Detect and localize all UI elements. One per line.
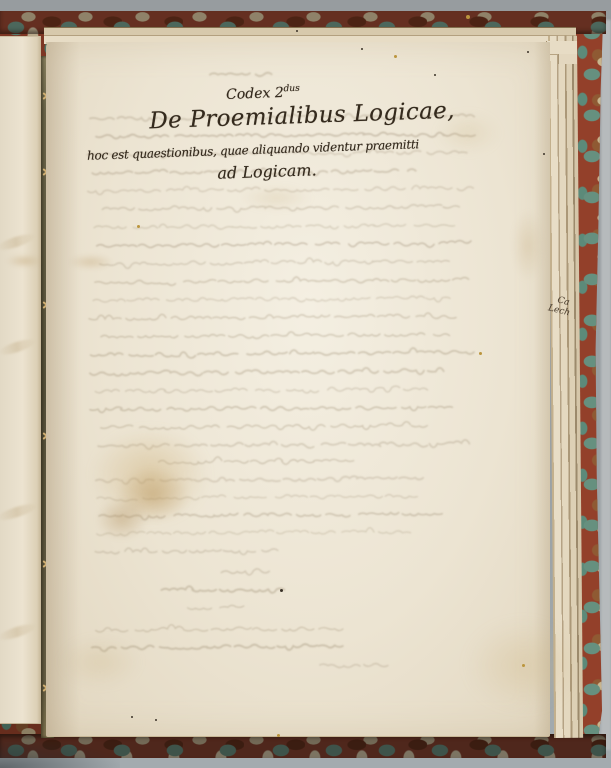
heading-subtitle-end: ad Logicam. <box>217 160 317 182</box>
corner-shadow <box>0 740 120 768</box>
heading-superscript: dus <box>283 84 300 95</box>
heading-chapter: Codex 2dus <box>226 84 300 103</box>
manuscript-scan: Codex 2dus De Proemialibus Logicae, hoc … <box>0 0 611 768</box>
